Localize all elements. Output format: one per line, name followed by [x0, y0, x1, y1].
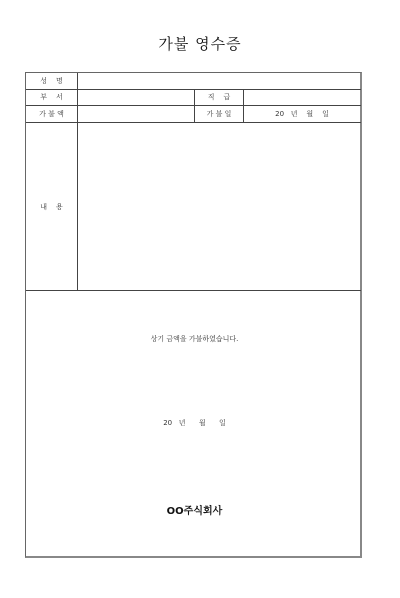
document-title: 가불 영수증: [0, 33, 400, 54]
position-field[interactable]: [244, 90, 360, 104]
advance-amount-label: 가 불 액: [26, 109, 77, 119]
department-label: 부 서: [26, 92, 77, 102]
content-label: 내 용: [26, 202, 77, 212]
receipt-form: 성 명 부 서 직 급 가 불 액 가 불 일 20 년 월 일 내 용 상기 …: [25, 72, 362, 558]
position-label: 직 급: [195, 92, 243, 102]
company-name: OO주식회사: [26, 502, 363, 517]
name-field[interactable]: [78, 74, 360, 88]
advance-date-label: 가 불 일: [195, 109, 243, 119]
content-field[interactable]: [78, 123, 360, 289]
statement-text: 상기 금액을 가불하였습니다.: [26, 334, 363, 344]
name-label: 성 명: [26, 76, 77, 86]
department-field[interactable]: [78, 90, 193, 104]
date-line: 20 년 월 일: [26, 418, 363, 428]
advance-amount-field[interactable]: [78, 107, 193, 121]
advance-date-field[interactable]: 20 년 월 일: [244, 109, 360, 119]
section-divider: [26, 290, 361, 291]
